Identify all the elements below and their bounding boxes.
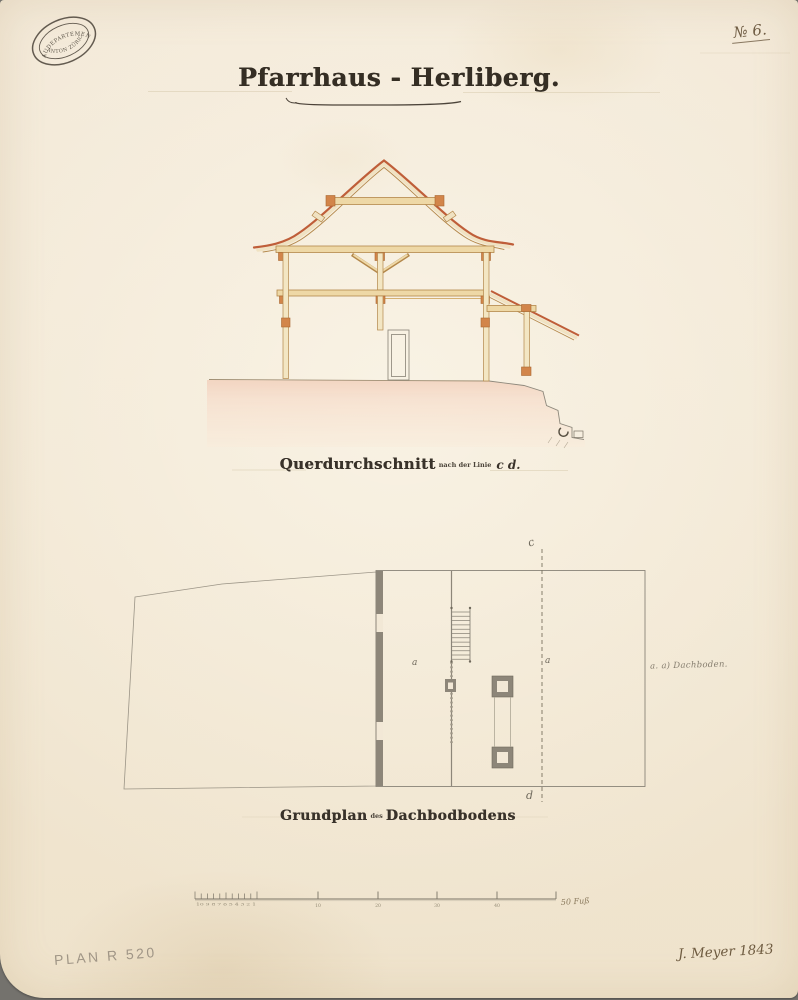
stamp-text-top: BAUDEPARTEMENT (36, 24, 93, 62)
scale-unit-label: 50 Fuß (561, 896, 590, 907)
scale-label-20: 20 (375, 903, 381, 909)
roof-rafters (254, 161, 513, 253)
terrain-wash (207, 380, 585, 447)
title-underline (286, 98, 461, 105)
attic-truss (352, 253, 409, 290)
scale-label-30: 30 (434, 903, 440, 909)
section-door (388, 330, 409, 380)
scale-minor-labels: 10 9 8 7 6 5 4 3 2 1 (196, 903, 256, 907)
cross-section-caption-main: Querdurchschnitt (280, 455, 436, 473)
svg-text:BAUDEPARTEMENT: BAUDEPARTEMENT (36, 24, 93, 62)
scale-label-10: 10 (315, 903, 321, 909)
drawing-layer: BAUDEPARTEMENT CANTON ZÜRICH (0, 0, 798, 1000)
attic-plan-caption: GrundplandesDachbodbodens (280, 805, 500, 824)
plan-left-wing (124, 572, 376, 789)
attic-plan-caption-des: des (370, 812, 382, 820)
page-title: Pfarrhaus - Herliberg. (238, 63, 518, 92)
cross-section-caption-note: nach der Linie (439, 461, 492, 469)
attic-plan-caption-object: Dachbodbodens (386, 808, 516, 824)
scale-bar: 10 9 8 7 6 5 4 3 2 1 10 20 30 40 50 Fuß (195, 892, 590, 910)
plan-number-text: № 6. (731, 20, 770, 44)
attic-plan-caption-main: Grundplan (280, 808, 367, 824)
cross-section-caption: Querdurchschnittnach der Liniec d. (270, 454, 530, 473)
plan-marker-d: d (526, 789, 533, 802)
stamp-icon: BAUDEPARTEMENT CANTON ZÜRICH (25, 8, 103, 74)
cross-section-caption-letters: c d. (496, 458, 520, 472)
plan-marker-a-left: a (412, 658, 417, 668)
stair (450, 607, 471, 663)
scale-label-40: 40 (494, 903, 500, 909)
annex-leanto (487, 291, 579, 376)
cross-section-drawing (207, 161, 585, 449)
attic-plan-drawing (124, 549, 645, 802)
chimneys (492, 676, 513, 768)
plan-marker-a-mid: a (545, 656, 550, 666)
